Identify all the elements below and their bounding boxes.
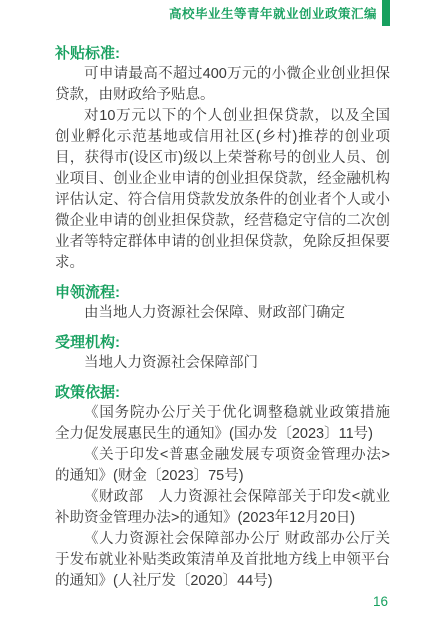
section-heading: 受理机构: — [55, 332, 390, 353]
section-application-process: 申领流程: 由当地人力资源社会保障、财政部门确定 — [55, 282, 390, 324]
paragraph: 对10万元以下的个人创业担保贷款，以及全国创业孵化示范基地或信用社区(乡村)推荐… — [55, 106, 390, 274]
section-subsidy-standard: 补贴标准: 可申请最高不超过400万元的小微企业创业担保贷款，由财政给予贴息。 … — [55, 43, 390, 274]
paragraph: 《国务院办公厅关于优化调整稳就业政策措施 全力促发展惠民生的通知》(国办发〔20… — [55, 403, 390, 445]
paragraph: 由当地人力资源社会保障、财政部门确定 — [55, 303, 390, 324]
paragraph: 《财政部 人力资源社会保障部关于印发<就业补助资金管理办法>的通知》(2023年… — [55, 487, 390, 529]
header-title: 高校毕业生等青年就业创业政策汇编 — [169, 4, 377, 22]
document-page: 高校毕业生等青年就业创业政策汇编 补贴标准: 可申请最高不超过400万元的小微企… — [0, 0, 444, 630]
section-accepting-agency: 受理机构: 当地人力资源社会保障部门 — [55, 332, 390, 374]
header-accent-bar — [382, 0, 390, 26]
section-heading: 补贴标准: — [55, 43, 390, 64]
section-policy-basis: 政策依据: 《国务院办公厅关于优化调整稳就业政策措施 全力促发展惠民生的通知》(… — [55, 382, 390, 592]
section-heading: 政策依据: — [55, 382, 390, 403]
page-number: 16 — [373, 594, 388, 609]
paragraph: 当地人力资源社会保障部门 — [55, 353, 390, 374]
page-header: 高校毕业生等青年就业创业政策汇编 — [0, 0, 444, 26]
paragraph: 《关于印发<普惠金融发展专项资金管理办法>的通知》(财金〔2023〕75号) — [55, 445, 390, 487]
paragraph: 《人力资源社会保障部办公厅 财政部办公厅关于发布就业补贴类政策清单及首批地方线上… — [55, 529, 390, 592]
content: 补贴标准: 可申请最高不超过400万元的小微企业创业担保贷款，由财政给予贴息。 … — [55, 43, 390, 592]
paragraph: 可申请最高不超过400万元的小微企业创业担保贷款，由财政给予贴息。 — [55, 64, 390, 106]
section-heading: 申领流程: — [55, 282, 390, 303]
